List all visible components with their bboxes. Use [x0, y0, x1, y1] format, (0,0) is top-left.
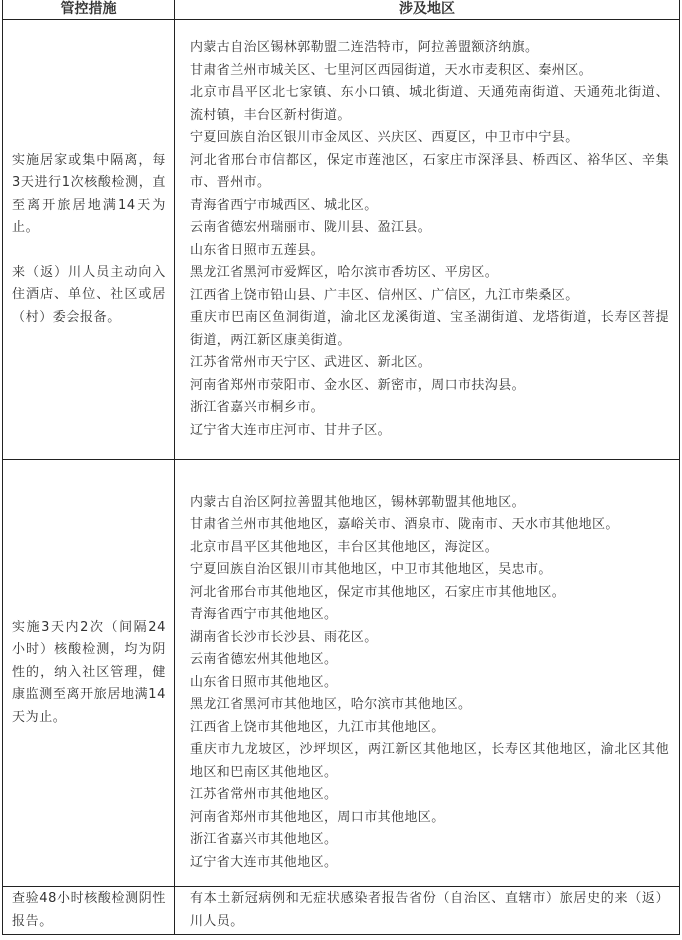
region-line: 重庆市巴南区鱼洞街道，渝北区龙溪街道、宝圣湖街道、龙塔街道，长寿区菩提街道，两江… [190, 307, 669, 352]
measure-cell: 查验48小时核酸检测阴性报告。 [3, 887, 175, 935]
measure-text: 实施居家或集中隔离，每3天进行1次核酸检测，直至离开旅居地满14天为止。 [12, 150, 166, 240]
region-line: 湖南省长沙市长沙县、雨花区。 [190, 627, 669, 650]
region-line: 江西省上饶市铅山县、广丰区、信州区、广信区，九江市柴桑区。 [190, 285, 669, 308]
region-line: 河南省郑州市荥阳市、金水区、新密市，周口市扶沟县。 [190, 375, 669, 398]
region-line: 山东省日照市五莲县。 [190, 240, 669, 263]
region-line: 浙江省嘉兴市桐乡市。 [190, 397, 669, 420]
table-row: 查验48小时核酸检测阴性报告。 有本土新冠病例和无症状感染者报告省份（自治区、直… [3, 887, 680, 935]
measure-text: 实施3天内2次（间隔24小时）核酸检测，均为阴性的，纳入社区管理，健康监测至离开… [12, 617, 166, 730]
table-row: 实施3天内2次（间隔24小时）核酸检测，均为阴性的，纳入社区管理，健康监测至离开… [3, 460, 680, 887]
region-line: 青海省西宁市其他地区。 [190, 604, 669, 627]
region-line: 山东省日照市其他地区。 [190, 672, 669, 695]
region-line: 云南省德宏州其他地区。 [190, 649, 669, 672]
table-row: 实施居家或集中隔离，每3天进行1次核酸检测，直至离开旅居地满14天为止。 来（返… [3, 20, 680, 460]
measure-text: 来（返）川人员主动向入住酒店、单位、社区或居（村）委会报备。 [12, 262, 166, 330]
region-line: 北京市昌平区北七家镇、东小口镇、城北街道、天通苑南街道、天通苑北街道、流村镇，丰… [190, 82, 669, 127]
measure-cell: 实施居家或集中隔离，每3天进行1次核酸检测，直至离开旅居地满14天为止。 来（返… [3, 20, 175, 460]
region-line: 云南省德宏州瑞丽市、陇川县、盈江县。 [190, 217, 669, 240]
control-measures-table: 管控措施 涉及地区 实施居家或集中隔离，每3天进行1次核酸检测，直至离开旅居地满… [2, 0, 680, 935]
region-line: 青海省西宁市城西区、城北区。 [190, 195, 669, 218]
region-line: 浙江省嘉兴市其他地区。 [190, 829, 669, 852]
header-measures: 管控措施 [3, 0, 175, 20]
region-line: 有本土新冠病例和无症状感染者报告省份（自治区、直辖市）旅居史的来（返）川人员。 [190, 888, 669, 933]
regions-cell: 有本土新冠病例和无症状感染者报告省份（自治区、直辖市）旅居史的来（返）川人员。 [175, 887, 680, 935]
region-line: 宁夏回族自治区银川市其他地区，中卫市其他地区，吴忠市。 [190, 559, 669, 582]
region-line: 黑龙江省黑河市爱辉区，哈尔滨市香坊区、平房区。 [190, 262, 669, 285]
table-header-row: 管控措施 涉及地区 [3, 0, 680, 20]
region-line: 内蒙古自治区阿拉善盟其他地区，锡林郭勒盟其他地区。 [190, 492, 669, 515]
regions-cell: 内蒙古自治区阿拉善盟其他地区，锡林郭勒盟其他地区。 甘肃省兰州市其他地区，嘉峪关… [175, 460, 680, 887]
region-line: 重庆市九龙坡区，沙坪坝区，两江新区其他地区，长寿区其他地区，渝北区其他地区和巴南… [190, 739, 669, 784]
region-line: 内蒙古自治区锡林郭勒盟二连浩特市，阿拉善盟额济纳旗。 [190, 37, 669, 60]
region-line: 北京市昌平区其他地区，丰台区其他地区，海淀区。 [190, 537, 669, 560]
region-line: 甘肃省兰州市其他地区，嘉峪关市、酒泉市、陇南市、天水市其他地区。 [190, 514, 669, 537]
region-line: 宁夏回族自治区银川市金凤区、兴庆区、西夏区，中卫市中宁县。 [190, 127, 669, 150]
region-line: 江苏省常州市天宁区、武进区、新北区。 [190, 352, 669, 375]
region-line: 河北省邢台市信都区，保定市莲池区，石家庄市深泽县、桥西区、裕华区、辛集市、晋州市… [190, 150, 669, 195]
region-line: 江苏省常州市其他地区。 [190, 784, 669, 807]
header-regions: 涉及地区 [175, 0, 680, 20]
measure-text: 查验48小时核酸检测阴性报告。 [12, 888, 166, 933]
region-line: 河北省邢台市其他地区，保定市其他地区，石家庄市其他地区。 [190, 582, 669, 605]
region-line: 甘肃省兰州市城关区、七里河区西园街道，天水市麦积区、秦州区。 [190, 60, 669, 83]
region-line: 江西省上饶市其他地区，九江市其他地区。 [190, 717, 669, 740]
regions-cell: 内蒙古自治区锡林郭勒盟二连浩特市，阿拉善盟额济纳旗。 甘肃省兰州市城关区、七里河… [175, 20, 680, 460]
region-line: 河南省郑州市其他地区，周口市其他地区。 [190, 807, 669, 830]
region-line: 辽宁省大连市其他地区。 [190, 852, 669, 875]
region-line: 辽宁省大连市庄河市、甘井子区。 [190, 420, 669, 443]
measure-cell: 实施3天内2次（间隔24小时）核酸检测，均为阴性的，纳入社区管理，健康监测至离开… [3, 460, 175, 887]
region-line: 黑龙江省黑河市其他地区，哈尔滨市其他地区。 [190, 694, 669, 717]
